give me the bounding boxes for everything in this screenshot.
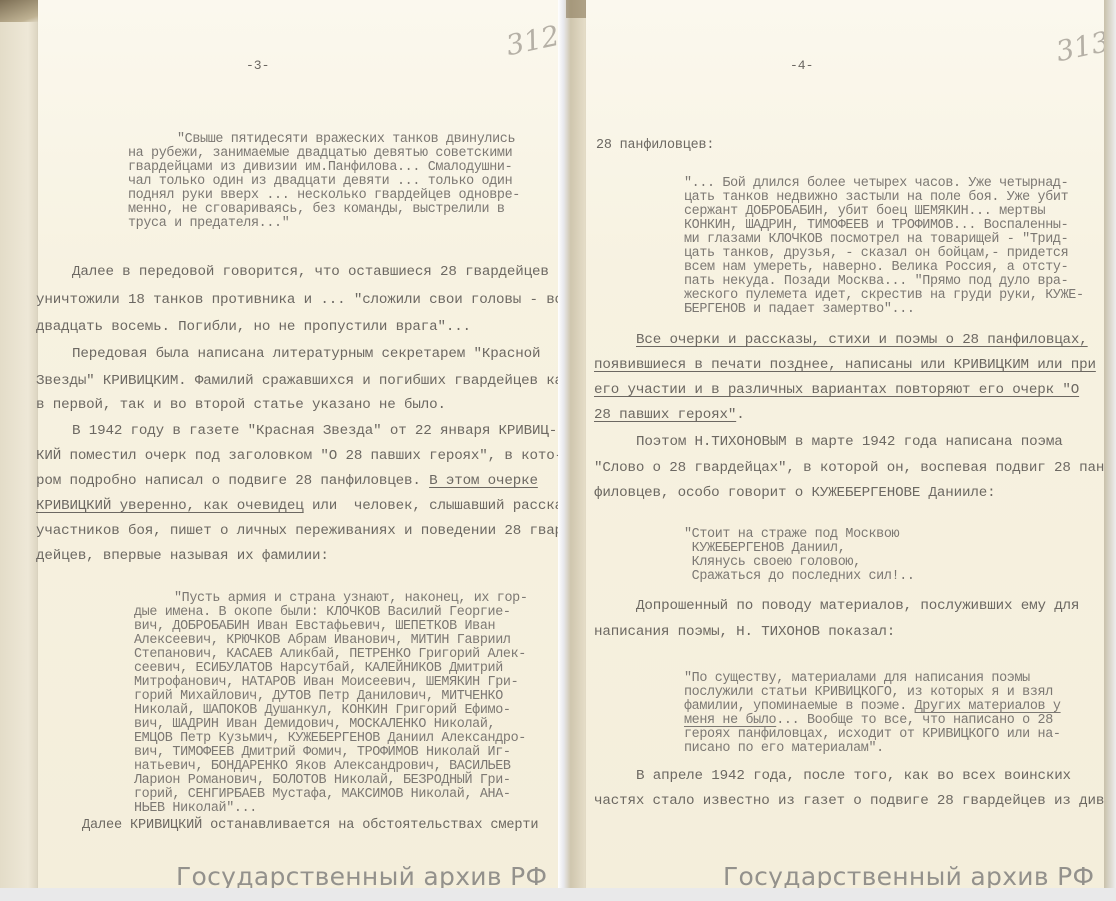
folder-corner <box>0 0 40 22</box>
binding-edge-right <box>1104 0 1116 901</box>
paragraph-krivitsky-continues: Далее КРИВИЦКИЙ останавливается на обсто… <box>82 818 538 833</box>
archive-watermark-left: Государственный архив РФ <box>176 862 547 891</box>
underlined-phrase: Других материалов у <box>915 699 1061 714</box>
continuation-line: 28 панфиловцев: <box>596 138 714 153</box>
underlined-phrase: КРИВИЦКИЙ уверенно, как очевидец <box>36 498 304 514</box>
underlined-phrase: меня не было <box>684 713 776 728</box>
page-number-left: -3- <box>246 58 269 73</box>
page-number-right: -4- <box>790 58 813 73</box>
binding-edge-left <box>0 0 40 901</box>
scan-bottom-edge <box>0 888 1116 901</box>
underlined-phrase: В этом очерке <box>429 473 538 489</box>
book-gutter <box>558 0 586 901</box>
gutter-shadow <box>566 0 586 18</box>
archive-watermark-right: Государственный архив РФ <box>723 862 1094 891</box>
